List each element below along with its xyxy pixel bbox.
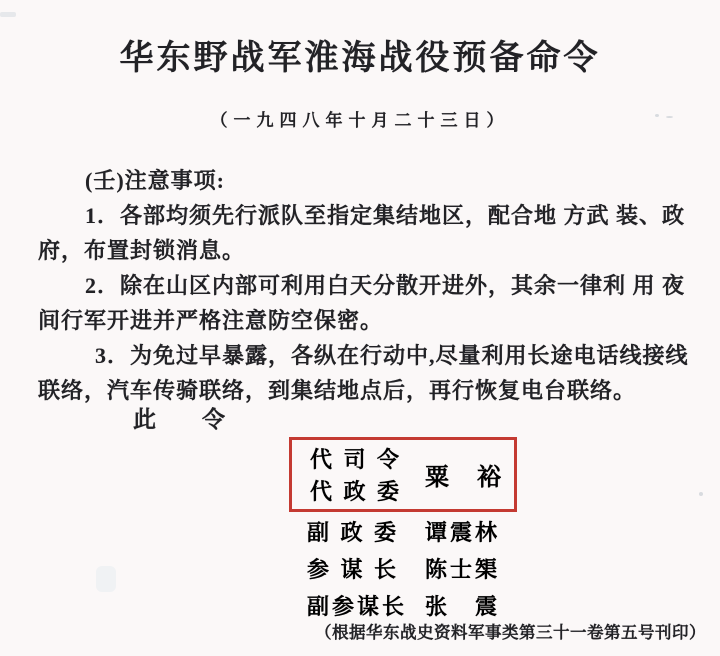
signature-name-su-yu: 粟 裕: [425, 464, 503, 492]
signature-role-deputy-chief-of-staff: 副参谋长: [307, 594, 407, 619]
scan-artifact: [0, 12, 16, 17]
paragraph-1-line-1: 1．各部均须先行派队至指定集结地区，配合地 方武 装、政: [38, 198, 694, 233]
paragraph-1-line-2: 府，布置封锁消息。: [38, 233, 694, 268]
signature-role-deputy-commissar: 副 政 委: [307, 520, 399, 545]
document-date: （一九四八年十月二十三日）: [0, 106, 720, 131]
scan-artifact: [666, 116, 673, 118]
signature-row: 副参谋长 张 震: [307, 593, 607, 621]
paragraph-2-line-2: 间行军开进并严格注意防空保密。: [38, 303, 694, 338]
source-note: （根据华东战史资料军事类第三十一卷第五号刊印）: [315, 621, 706, 645]
scan-artifact: [655, 114, 659, 117]
scan-artifact: [96, 566, 116, 592]
paragraph-2-line-1: 2．除在山区内部可利用白天分散开进外，其余一律利 用 夜: [38, 268, 694, 303]
paragraph-3-line-2: 联络，汽车传骑联络，到集结地点后，再行恢复电台联络。: [38, 373, 694, 408]
signature-role-acting-commander: 代 司 令: [310, 447, 402, 473]
scan-artifact: [699, 492, 703, 496]
document-body: (壬)注意事项: 1．各部均须先行派队至指定集结地区，配合地 方武 装、政 府，…: [38, 163, 694, 408]
signature-highlight-box: 代 司 令 代 政 委 粟 裕: [289, 437, 517, 512]
signature-name-zhang-zhen: 张 震: [425, 593, 500, 621]
section-heading: (壬)注意事项:: [38, 163, 694, 198]
closing-phrase: 此 令: [133, 406, 225, 434]
document-page: 华东野战军淮海战役预备命令 （一九四八年十月二十三日） (壬)注意事项: 1．各…: [0, 0, 720, 656]
signature-role-chief-of-staff: 参 谋 长: [307, 557, 399, 582]
signature-role-acting-commissar: 代 政 委: [310, 479, 402, 505]
signature-name-chen-shiju: 陈士榘: [425, 556, 500, 584]
signature-row: 副 政 委 谭震林: [307, 519, 607, 547]
signature-name-tan-zhenlin: 谭震林: [425, 519, 500, 547]
page-title: 华东野战军淮海战役预备命令: [0, 40, 720, 78]
signature-row: 参 谋 长 陈士榘: [307, 556, 607, 584]
paragraph-3-line-1: 3．为免过早暴露，各纵在行动中,尽量利用长途电话线接线: [38, 338, 694, 373]
